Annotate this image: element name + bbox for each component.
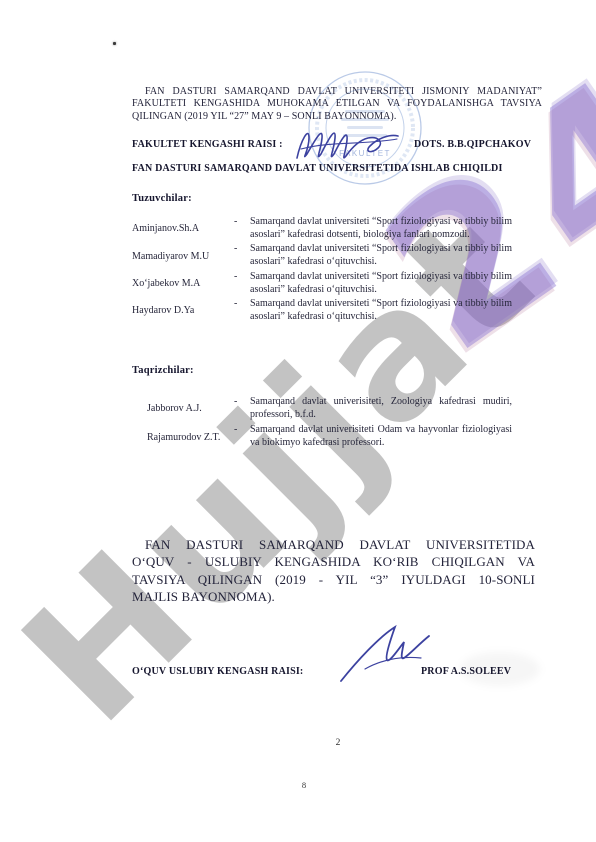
reviewers-list: Jabborov A.J. - Samarqand davlat univeri… — [132, 396, 538, 450]
author-row: Xo‘jabekov M.A - Samarqand davlat univer… — [132, 271, 538, 296]
dash-separator: - — [234, 271, 250, 296]
author-row: Mamadiyarov M.U - Samarqand davlat unive… — [132, 243, 538, 268]
header-line: FAKULTETI KENGASHIDA MUHOKAMA ETILGAN VA… — [132, 98, 542, 110]
methodical-council-chair-label: O‘QUV USLUBIY KENGASH RAISI: — [132, 666, 303, 677]
author-name: Mamadiyarov M.U — [132, 243, 234, 268]
dash-separator: - — [234, 298, 250, 323]
author-description: Samarqand davlat universiteti “Sport fiz… — [250, 271, 512, 296]
author-description: Samarqand davlat universiteti “Sport fiz… — [250, 243, 512, 268]
reviewer-name: Jabborov A.J. — [132, 396, 234, 421]
reviewer-row: Rajamurodov Z.T. - Samarqand davlat univ… — [132, 424, 538, 449]
approval-line: O‘QUV - USLUBIY KENGASHIDA KO‘RIB CHIQIL… — [132, 553, 535, 570]
faculty-council-chair-name: DOTS. B.B.QIPCHAKOV — [414, 139, 531, 150]
author-description: Samarqand davlat universiteti “Sport fiz… — [250, 216, 512, 241]
author-name: Aminjanov.Sh.A — [132, 216, 234, 241]
reviewer-name: Rajamurodov Z.T. — [132, 424, 234, 449]
reviewer-description: Samarqand davlat univerisiteti Odam va h… — [250, 424, 512, 449]
approval-line: FAN DASTURI SAMARQAND DAVLAT UNIVERSITET… — [132, 536, 535, 553]
dash-separator: - — [234, 424, 250, 449]
dash-separator: - — [234, 243, 250, 268]
author-description: Samarqand davlat universiteti “Sport fiz… — [250, 298, 512, 323]
signature-soleev-icon — [337, 623, 437, 687]
faculty-council-chair-label: FAKULTET KENGASHI RAISI : — [132, 139, 283, 150]
dash-separator: - — [234, 396, 250, 421]
sheet-number: 8 — [297, 780, 311, 790]
author-row: Aminjanov.Sh.A - Samarqand davlat univer… — [132, 216, 538, 241]
header-line: FAN DASTURI SAMARQAND DAVLAT UNIVERSITET… — [132, 86, 542, 98]
authors-list: Aminjanov.Sh.A - Samarqand davlat univer… — [132, 216, 538, 324]
approval-line: MAJLIS BAYONNOMA). — [132, 588, 535, 605]
page-number: 2 — [330, 738, 346, 748]
reviewer-description: Samarqand davlat univerisiteti, Zoologiy… — [250, 396, 512, 421]
reviewer-row: Jabborov A.J. - Samarqand davlat univeri… — [132, 396, 538, 421]
developed-statement: FAN DASTURI SAMARQAND DAVLAT UNIVERSITET… — [132, 163, 503, 174]
author-name: Haydarov D.Ya — [132, 298, 234, 323]
document-page: Hujjat 24 FAKULTET FAN DASTURI SAMARQAND… — [0, 0, 596, 842]
dash-separator: - — [234, 216, 250, 241]
author-name: Xo‘jabekov M.A — [132, 271, 234, 296]
author-row: Haydarov D.Ya - Samarqand davlat univers… — [132, 298, 538, 323]
approval-line: TAVSIYA QILINGAN (2019 - YIL “3” IYULDAG… — [132, 571, 535, 588]
methodical-council-chair-name: PROF A.S.SOLEEV — [421, 666, 511, 677]
reviewers-heading: Taqrizchilar: — [132, 365, 194, 376]
document-content: FAN DASTURI SAMARQAND DAVLAT UNIVERSITET… — [0, 0, 596, 842]
authors-heading: Tuzuvchilar: — [132, 193, 192, 204]
approval-paragraph: FAN DASTURI SAMARQAND DAVLAT UNIVERSITET… — [132, 536, 535, 606]
